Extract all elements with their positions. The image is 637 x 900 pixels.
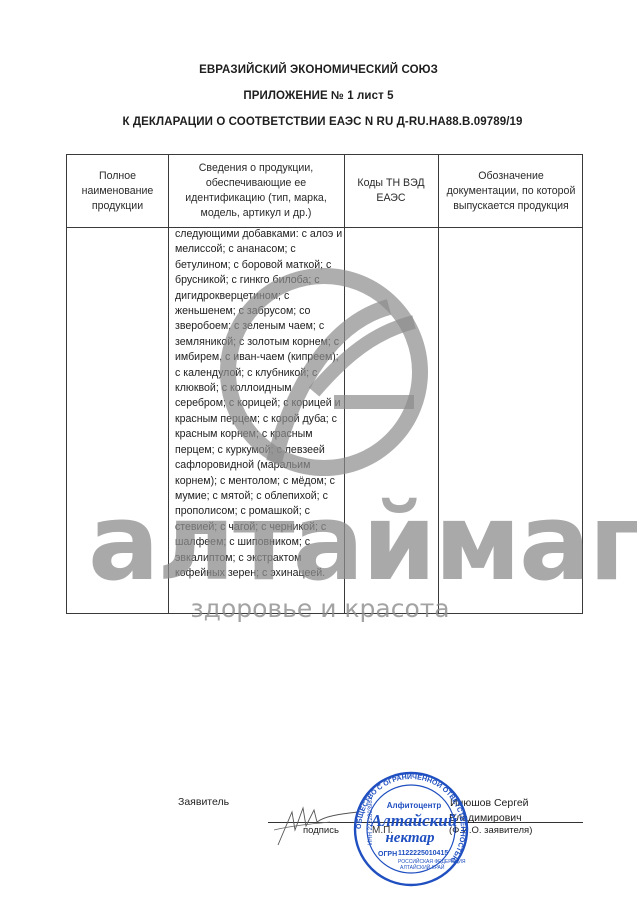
product-info-cell: следующими добавками: с алоэ и мелиссой;… bbox=[172, 227, 344, 581]
column-header-name: Полное наименование продукции bbox=[67, 155, 168, 227]
applicant-label: Заявитель bbox=[178, 796, 229, 808]
svg-text:АЛТАЙСКИЙ КРАЙ: АЛТАЙСКИЙ КРАЙ bbox=[400, 863, 445, 871]
column-header-codes: Коды ТН ВЭД ЕАЭС bbox=[344, 155, 438, 227]
svg-text:ИНН 2222803981: ИНН 2222803981 bbox=[368, 796, 374, 845]
svg-text:ОГРН: ОГРН bbox=[378, 851, 397, 858]
union-title: ЕВРАЗИЙСКИЙ ЭКОНОМИЧЕСКИЙ СОЮЗ bbox=[0, 64, 637, 76]
company-stamp-icon: ОБЩЕСТВО С ОГРАНИЧЕННОЙ ОТВЕТСТВЕННОСТЬЮ… bbox=[352, 770, 470, 888]
column-header-info: Сведения о продукции, обеспечивающие ее … bbox=[168, 155, 344, 227]
products-table: Полное наименование продукции Сведения о… bbox=[66, 154, 583, 614]
declaration-number: К ДЕКЛАРАЦИИ О СООТВЕТСТВИИ ЕАЭС N RU Д-… bbox=[4, 116, 637, 128]
column-header-docs: Обозначение документации, по которой вып… bbox=[438, 155, 584, 227]
signature-icon bbox=[270, 800, 360, 850]
svg-text:Алфитоцентр: Алфитоцентр bbox=[387, 801, 442, 810]
stamp-place-mark: М.П. bbox=[372, 825, 393, 836]
appendix-title: ПРИЛОЖЕНИЕ № 1 лист 5 bbox=[0, 90, 637, 102]
svg-text:1122225010415: 1122225010415 bbox=[398, 850, 448, 857]
svg-text:РОССИЙСКАЯ ФЕДЕРАЦИЯ: РОССИЙСКАЯ ФЕДЕРАЦИЯ bbox=[398, 857, 466, 865]
